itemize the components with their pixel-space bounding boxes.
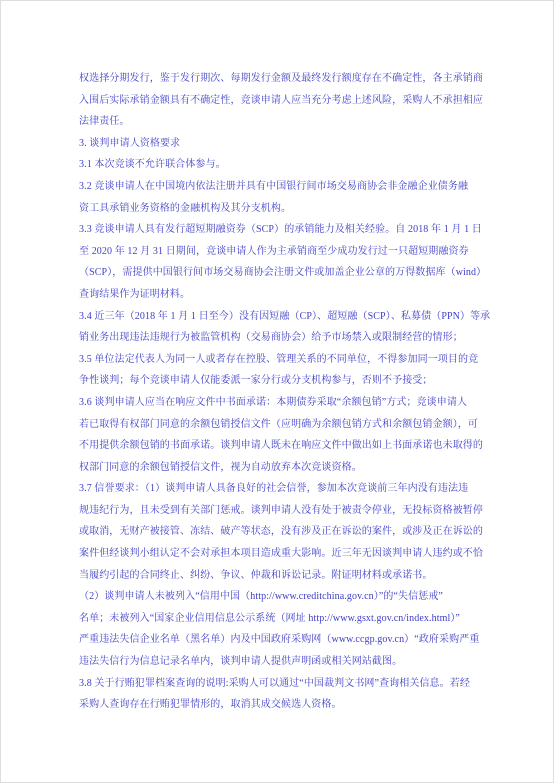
document-page: 权选择分期发行，鉴于发行期次、每期发行金额及最终发行额度存在不确定性，各主承销商… — [0, 0, 554, 783]
document-line: 法律责任。 — [79, 111, 515, 133]
document-line: 3.6 谈判申请人应当在响应文件中书面承诺：本期债券采取“余额包销”方式；竞谈申… — [79, 392, 515, 414]
document-line: （2）谈判申请人未被列入“信用中国（http://www.creditchina… — [79, 586, 515, 608]
document-line: 资工具承销业务资格的金融机构及其分支机构。 — [79, 198, 515, 220]
document-line: 3. 谈判申请人资格要求 — [79, 133, 515, 155]
document-line: 采购人查询存在行贿犯罪情形的，取消其成交候选人资格。 — [79, 694, 515, 716]
document-line: 3.4 近三年（2018 年 1 月 1 日至今）没有因短融（CP）、超短融（S… — [79, 306, 515, 328]
document-line: 入围后实际承销金额具有不确定性，竞谈申请人应当充分考虑上述风险，采购人不承担相应 — [79, 90, 515, 112]
document-line: 当履约引起的合同终止、纠纷、争议、仲裁和诉讼记录。附证明材料或承诺书。 — [79, 565, 515, 587]
document-line: （SCP），需提供中国银行间市场交易商协会注册文件或加盖企业公章的万得数据库（w… — [79, 262, 515, 284]
document-line: 至 2020 年 12 月 31 日期间，竞谈申请人作为主承销商至少成功发行过一… — [79, 241, 515, 263]
document-line: 3.1 本次竞谈不允许联合体参与。 — [79, 154, 515, 176]
document-line: 不用提供余额包销的书面承诺。谈判申请人既未在响应文件中做出如上书面承诺也未取得的 — [79, 435, 515, 457]
document-line: 3.3 竞谈申请人具有发行超短期融资券（SCP）的承销能力及相关经验。自 201… — [79, 219, 515, 241]
document-line: 3.2 竞谈申请人在中国境内依法注册并具有中国银行间市场交易商协会非金融企业债务… — [79, 176, 515, 198]
document-line: 案件但经谈判小组认定不会对承担本项目造成重大影响。近三年无因谈判申请人违约或不恰 — [79, 543, 515, 565]
document-line: 争性谈判；每个竞谈申请人仅能委派一家分行或分支机构参与，否则不予接受； — [79, 370, 515, 392]
document-line: 3.7 信誉要求：（1）谈判申请人具备良好的社会信誉，参加本次竞谈前三年内没有违… — [79, 478, 515, 500]
document-line: 3.8 关于行贿犯罪档案查询的说明:采购人可以通过“中国裁判文书网”查询相关信息… — [79, 673, 515, 695]
document-line: 严重违法失信企业名单（黑名单）内及中国政府采购网（www.ccgp.gov.cn… — [79, 629, 515, 651]
document-line: 销业务出现违法违规行为被监管机构（交易商协会）给予市场禁入或限制经营的情形； — [79, 327, 515, 349]
document-line: 查询结果作为证明材料。 — [79, 284, 515, 306]
document-line: 名单；未被列入“国家企业信用信息公示系统（网址 http://www.gsxt.… — [79, 608, 515, 630]
document-line: 3.5 单位法定代表人为同一人或者存在控股、管理关系的不同单位，不得参加同一项目… — [79, 349, 515, 371]
document-line: 权部门同意的余额包销授信文件，视为自动放弃本次竞谈资格。 — [79, 457, 515, 479]
document-line: 规违纪行为，且未受到有关部门惩戒。谈判申请人没有处于被责令停业，无投标资格被暂停 — [79, 500, 515, 522]
document-line: 权选择分期发行，鉴于发行期次、每期发行金额及最终发行额度存在不确定性，各主承销商 — [79, 68, 515, 90]
document-line: 若已取得有权部门同意的余额包销授信文件（应明确为余额包销方式和余额包销金额），可 — [79, 414, 515, 436]
document-line: 或取消，无财产被接管、冻结、破产等状态，没有涉及正在诉讼的案件，或涉及正在诉讼的 — [79, 521, 515, 543]
document-text: 权选择分期发行，鉴于发行期次、每期发行金额及最终发行额度存在不确定性，各主承销商… — [79, 68, 515, 716]
document-line: 违法失信行为信息记录名单内，谈判申请人提供声明函或相关网站截图。 — [79, 651, 515, 673]
